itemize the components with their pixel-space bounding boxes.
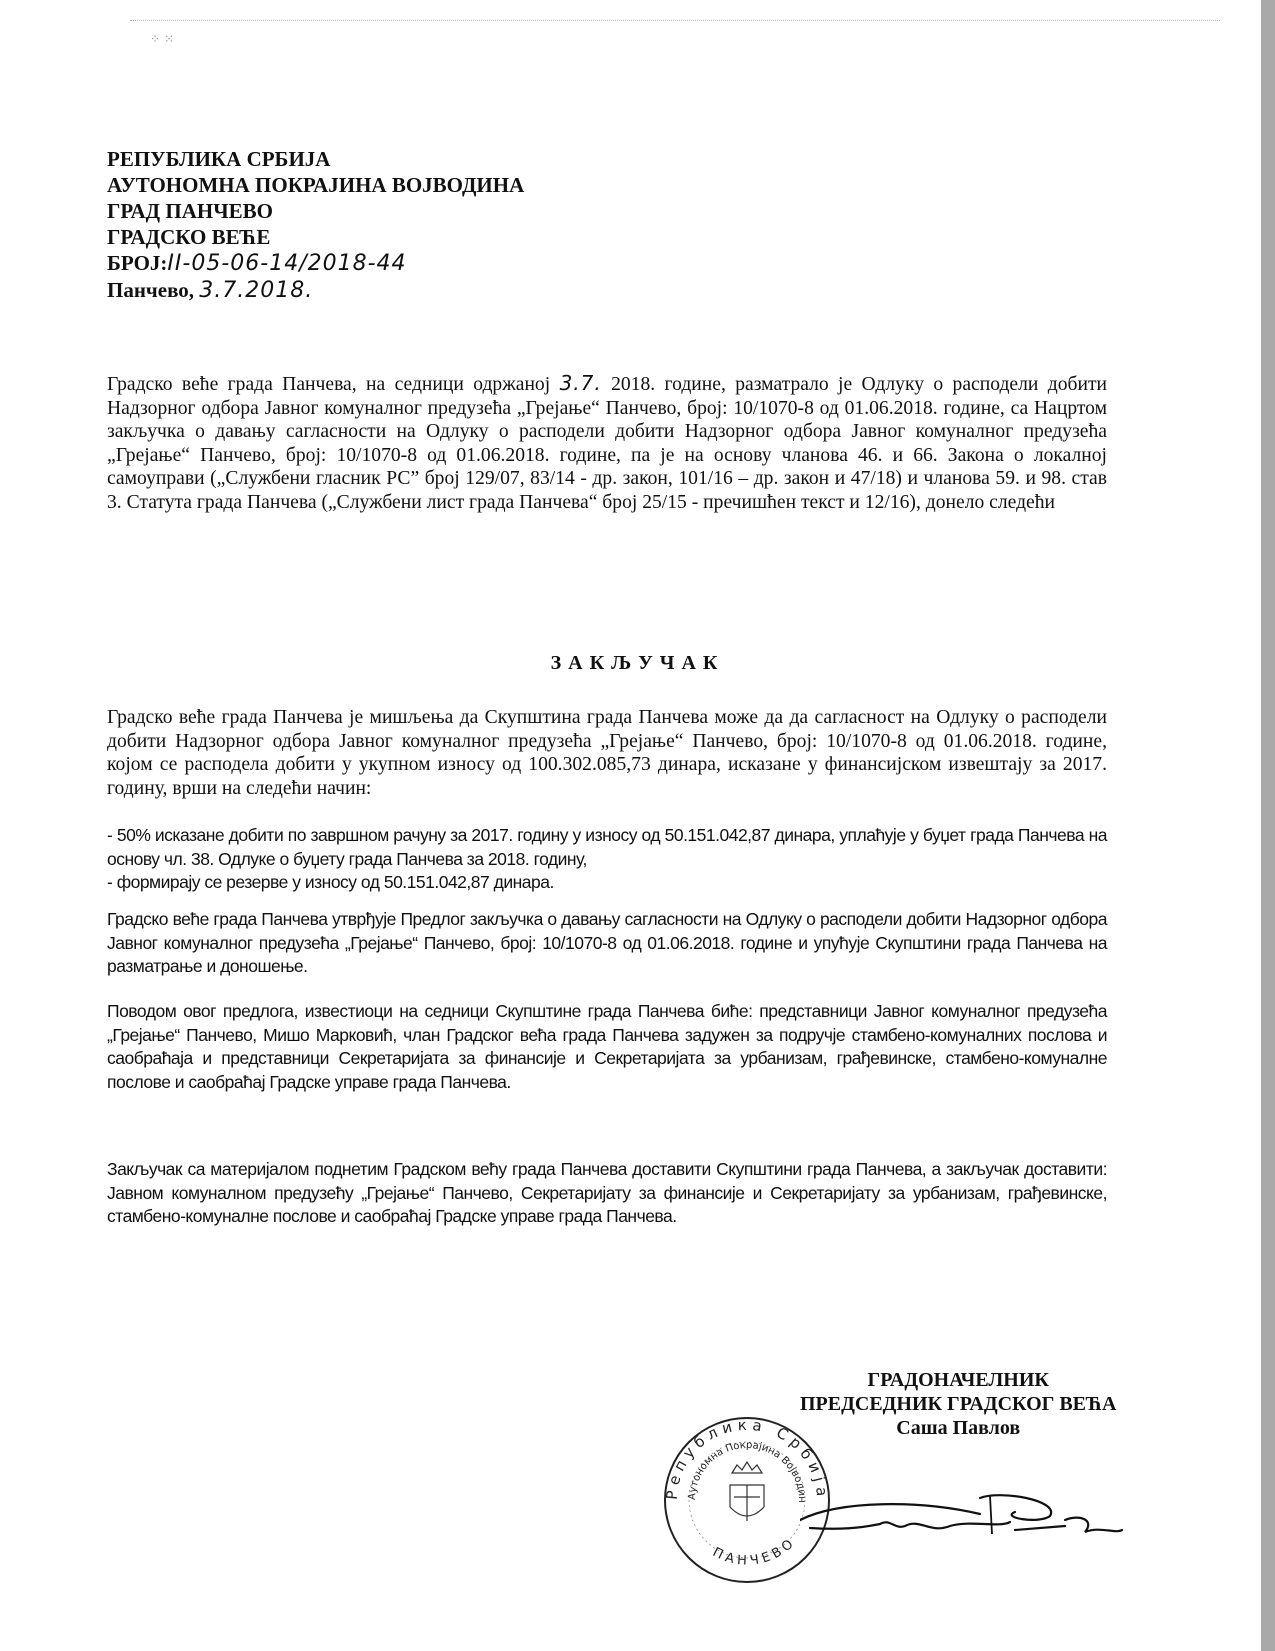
number-label: БРОЈ: (107, 251, 167, 275)
intro-paragraph: Градско веће града Панчева, на седници о… (107, 372, 1107, 515)
conclusion-paragraph-2: Градско веће града Панчева утврђује Пред… (107, 908, 1107, 979)
conclusion-paragraph-3: Поводом овог предлога, известиоци на сед… (107, 1000, 1107, 1094)
signatory-title-president: ПРЕДСЕДНИК ГРАДСКОГ ВЕЋА (800, 1392, 1116, 1416)
signatory-title-mayor: ГРАДОНАЧЕЛНИК (800, 1368, 1116, 1392)
svg-text:ПАНЧЕВО: ПАНЧЕВО (710, 1534, 799, 1568)
scan-edge-strip (1261, 0, 1275, 1651)
date-handwritten: 3.7.2018. (199, 278, 313, 303)
header-line-country: РЕПУБЛИКА СРБИЈА (107, 146, 524, 172)
conclusion-paragraph-1: Градско веће града Панчева је мишљења да… (107, 706, 1107, 800)
signature-block: ГРАДОНАЧЕЛНИК ПРЕДСЕДНИК ГРАДСКОГ ВЕЋА С… (800, 1368, 1116, 1440)
document-title: ЗАКЉУЧАК (0, 652, 1275, 675)
conclusion-paragraph-4: Закључак са материјалом поднетим Градско… (107, 1158, 1107, 1229)
header-number: БРОЈ:II-05-06-14/2018-44 (107, 250, 524, 277)
session-date-handwritten: 3.7. (560, 371, 602, 395)
signatory-name: Саша Павлов (800, 1416, 1116, 1440)
header-line-city: ГРАД ПАНЧЕВО (107, 198, 524, 224)
intro-text-start: Градско веће града Панчева, на седници о… (107, 374, 550, 395)
scan-artifact-mark: ⁘⁙ (150, 32, 200, 46)
header-line-province: АУТОНОМНА ПОКРАЈИНА ВОЈВОДИНА (107, 172, 524, 198)
distribution-list: - 50% исказане добити по завршном рачуну… (107, 824, 1107, 895)
distribution-item-reserves: - формирају се резерве у износу од 50.15… (107, 871, 1107, 895)
handwritten-signature (800, 1490, 1130, 1550)
coat-of-arms-icon (730, 1462, 764, 1521)
scan-artifact-line (130, 20, 1220, 22)
document-header: РЕПУБЛИКА СРБИЈА АУТОНОМНА ПОКРАЈИНА ВОЈ… (107, 146, 524, 304)
distribution-item-budget: - 50% исказане добити по завршном рачуну… (107, 824, 1107, 871)
header-place-date: Панчево, 3.7.2018. (107, 277, 524, 304)
number-value-handwritten: II-05-06-14/2018-44 (167, 251, 406, 276)
header-line-council: ГРАДСКО ВЕЋЕ (107, 224, 524, 250)
place-label: Панчево, (107, 278, 194, 302)
